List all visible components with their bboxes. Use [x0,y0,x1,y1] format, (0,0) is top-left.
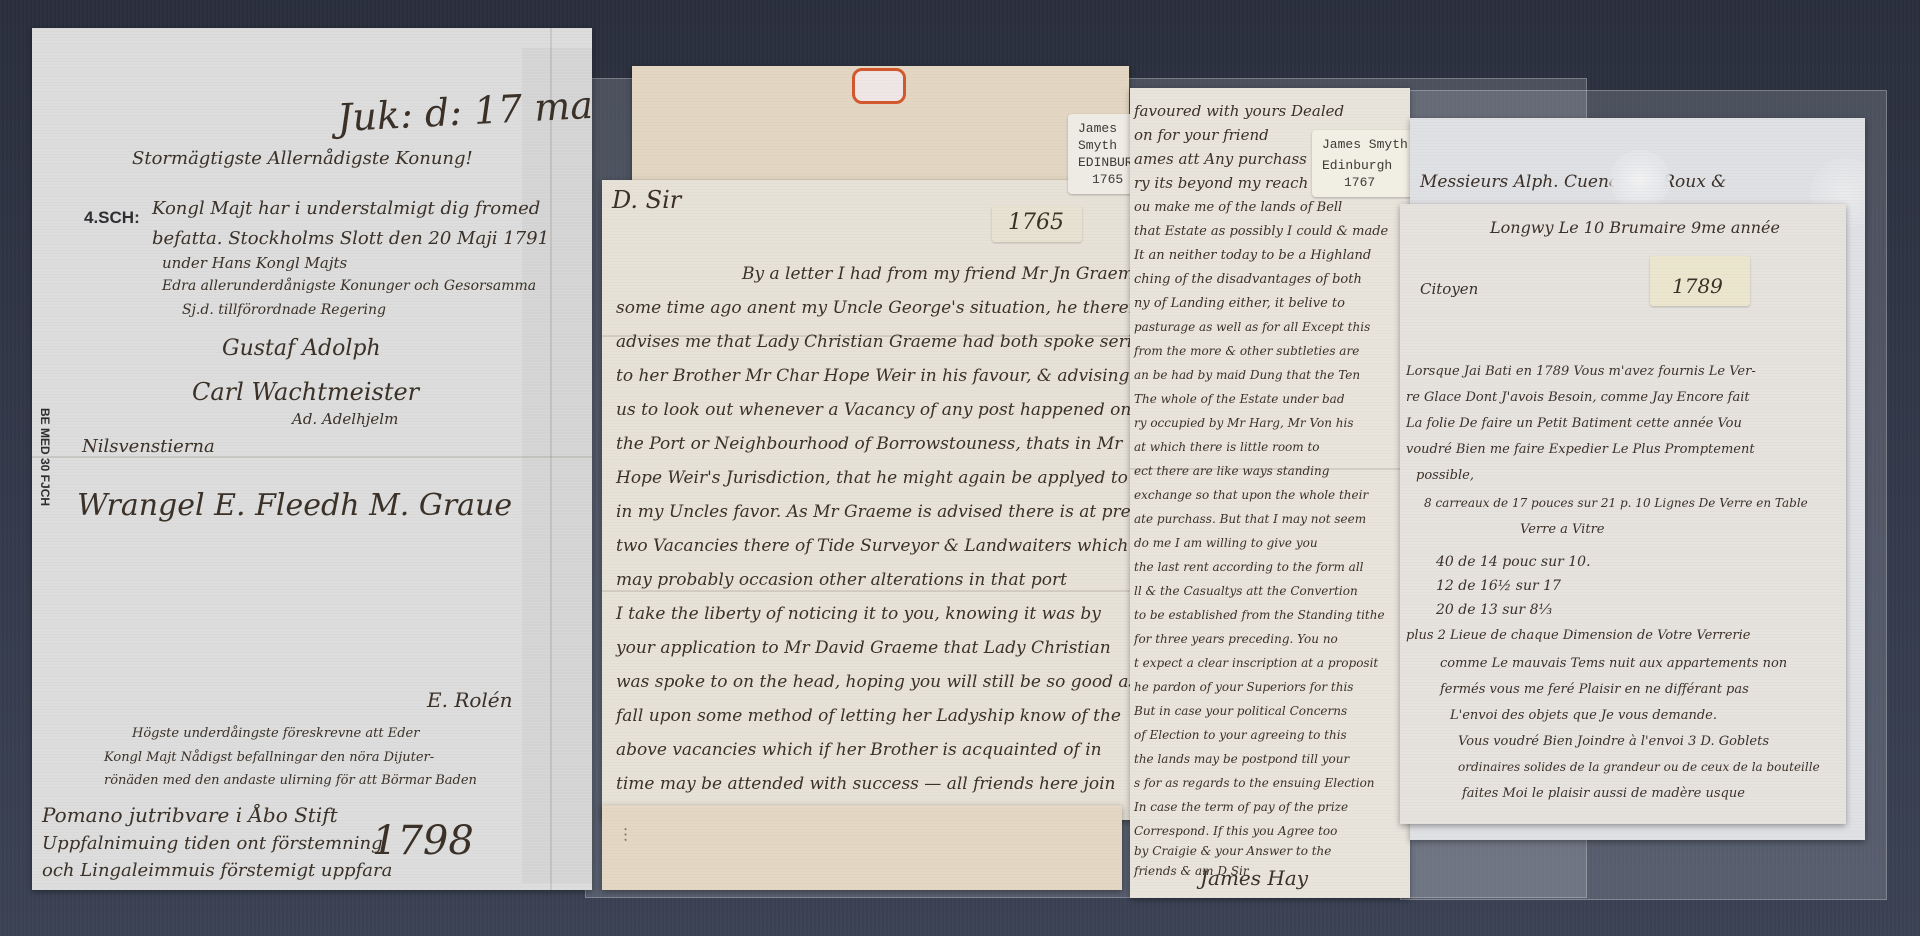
letter-header: Longwy Le 10 Brumaire 9me année [1490,218,1780,237]
letter-line: It an neither today to be a Highland [1134,248,1371,263]
letter-line: your application to Mr David Graeme that… [616,638,1111,658]
letter-line: Högste underdåingste föreskrevne att Ede… [132,726,419,741]
letter-line: Sj.d. tillförordnade Regering [182,302,386,318]
letter-line: Stormägtigste Allernådigste Konung! [132,148,473,169]
signatures-row: Wrangel E. Fleedh M. Graue [77,488,512,523]
letter-line: Pomano jutribvare i Åbo Stift [42,803,338,827]
letter-line: comme Le mauvais Tems nuit aux apparteme… [1440,656,1787,671]
letter-line: ou make me of the lands of Bell [1134,200,1342,215]
letter-line: Ad. Adelhjelm [292,410,398,428]
swedish-letter-back-sheet [522,48,592,883]
letter-line: on for your friend [1134,126,1269,144]
letter-line: exchange so that upon the whole their [1134,488,1368,502]
letter-line: may probably occasion other alterations … [616,570,1067,590]
side-postal-stamp: BE MED 30 FJCH [38,408,52,506]
letter-line: L'envoi des objets que Je vous demande. [1450,708,1717,723]
letter-line: ry occupied by Mr Harg, Mr Von his [1134,416,1354,430]
letter-line: an be had by maid Dung that the Ten [1134,368,1360,382]
letter-line: advises me that Lady Christian Graeme ha… [616,332,1136,352]
signature-nilsvenstierna: Nilsvenstierna [82,436,215,457]
red-wax-seal [852,68,906,104]
label-name: James Smyth [1322,136,1408,153]
underleaf-script: … [621,827,640,843]
letter-line: ching of the disadvantages of both [1134,272,1362,287]
letter-line: och Lingaleimmuis förstemigt uppfara [42,860,392,881]
signature-gustaf-adolph: Gustaf Adolph [222,336,381,361]
letter-line: he pardon of your Superiors for this [1134,680,1353,694]
letter-line: fall upon some method of letting her Lad… [616,706,1121,726]
letter-line: time may be attended with success — all … [616,774,1115,794]
letter-line: By a letter I had from my friend Mr Jn G… [742,264,1136,284]
letter-line: in my Uncles favor. As Mr Graeme is advi… [616,502,1136,522]
letter-line: t expect a clear inscription at a propos… [1134,656,1378,670]
letter-line: The whole of the Estate under bad [1134,392,1345,406]
letter-line: Edra allerunderdånigste Konunger och Ges… [162,278,536,294]
signature-wachtmeister: Carl Wachtmeister [192,378,419,406]
letter-line: above vacancies which if her Brother is … [616,740,1102,760]
letter-line: Hope Weir's Jurisdiction, that he might … [616,468,1128,488]
hand-year-label: 1765 [992,206,1082,242]
letter-line: 40 de 14 pouc sur 10. [1436,554,1591,570]
signature-james-hay: James Hay [1200,866,1308,890]
letter-line: from the more & other subtleties are [1134,344,1359,358]
letter-line: us to look out whenever a Vacancy of any… [616,400,1131,420]
letter-line: ll & the Casualtys att the Convertion [1134,584,1358,598]
letter-line: I take the liberty of noticing it to you… [616,604,1101,624]
scottish-letter-1765: D. Sir 1765 By a letter I had from my fr… [602,180,1136,820]
letter-line: Vous voudré Bien Joindre à l'envoi 3 D. … [1458,734,1769,749]
hand-year-text: 1789 [1672,274,1723,298]
letter-line: ate purchass. But that I may not seem [1134,512,1366,526]
year-1798: 1798 [372,818,474,864]
letter-line: the Port or Neighbourhood of Borrowstoun… [616,434,1122,454]
swedish-letter: Juk: d: 17 maij 1791 Stormägtigste Aller… [32,28,592,890]
hand-year-label: 1789 [1650,256,1750,306]
letter-line: ames att Any purchass [1134,150,1307,168]
letter-line: of Election to your agreeing to this [1134,728,1347,742]
signature-rolen: E. Rolén [427,688,513,712]
letter-line: voudré Bien me faire Expedier Le Plus Pr… [1406,442,1755,457]
letter-line: two Vacancies there of Tide Surveyor & L… [616,536,1128,556]
hand-year-text: 1765 [1008,210,1064,235]
white-wax-seal [1610,150,1670,210]
letter-line: that Estate as possibly I could & made [1134,224,1388,239]
letter-line: ect there are like ways standing [1134,464,1329,478]
letter-line: re Glace Dont J'avois Besoin, comme Jay … [1406,390,1750,405]
letter-line: rönäden med den andaste ulirning för att… [104,773,477,788]
fold-line [602,590,1136,592]
french-letter-1789: Longwy Le 10 Brumaire 9me année 1789 Cit… [1400,204,1846,824]
letter-line: under Hans Kongl Majts [162,254,347,272]
salutation: Citoyen [1420,280,1478,298]
archive-label-1767: James Smyth Edinburgh 1767 [1312,130,1418,197]
scottish-letter-1767: favoured with yours Dealed on for your f… [1130,88,1410,898]
scottish-letter-1765-underleaf: … [602,805,1122,890]
letter-line: But in case your political Concerns [1134,704,1347,718]
letter-line: 20 de 13 sur 8⅓ [1436,602,1552,618]
letter-line: Correspond. If this you Agree too [1134,824,1337,838]
letter-line: In case the term of pay of the prize [1134,800,1348,814]
letter-line: by Craigie & your Answer to the [1134,844,1331,858]
letter-line: at which there is little room to [1134,440,1320,454]
letter-line: the last rent according to the form all [1134,560,1364,574]
letter-line: La folie De faire un Petit Batiment cett… [1406,416,1742,431]
letter-line: do me I am willing to give you [1134,536,1318,550]
letter-line: faites Moi le plaisir aussi de madère us… [1462,786,1745,801]
letter-line: 12 de 16½ sur 17 [1436,578,1561,594]
letter-line: plus 2 Lieue de chaque Dimension de Votr… [1406,628,1750,643]
postal-stamp: 4.SCH: [84,208,140,228]
letter-line: fermés vous me feré Plaisir en ne différ… [1440,682,1749,697]
letter-line: pasturage as well as for all Except this [1134,320,1370,334]
label-place: Edinburgh [1322,157,1408,174]
letter-line: Lorsque Jai Bati en 1789 Vous m'avez fou… [1406,364,1756,379]
letter-line: to be established from the Standing tith… [1134,608,1385,622]
fold-line [550,28,552,890]
letter-line: Verre a Vitre [1520,522,1604,537]
letter-line: to her Brother Mr Char Hope Weir in his … [616,366,1130,386]
letter-line: some time ago anent my Uncle George's si… [616,298,1136,318]
letter-line: Kongl Majt har i understalmigt dig frome… [152,198,540,219]
letter-line: 8 carreaux de 17 pouces sur 21 p. 10 Lig… [1424,496,1808,510]
letter-line: for three years preceding. You no [1134,632,1338,646]
salutation: D. Sir [612,186,681,214]
letter-line: possible, [1416,468,1474,483]
letter-line: s for as regards to the ensuing Election [1134,776,1375,790]
letter-line: befatta. Stockholms Slott den 20 Maji 17… [152,228,549,249]
letter-line: favoured with yours Dealed [1134,102,1344,120]
letter-line: Uppfalnimuing tiden ont förstemning [42,833,383,854]
letter-line: the lands may be postpond till your [1134,752,1349,766]
label-year: 1767 [1322,174,1408,191]
letter-line: ny of Landing either, it belive to [1134,296,1345,311]
letter-line: was spoke to on the head, hoping you wil… [616,672,1136,692]
letter-line: ordinaires solides de la grandeur ou de … [1458,760,1820,774]
letter-line: Kongl Majt Nådigst befallningar den nöra… [104,750,434,765]
letter-line: ry its beyond my reach [1134,174,1308,192]
